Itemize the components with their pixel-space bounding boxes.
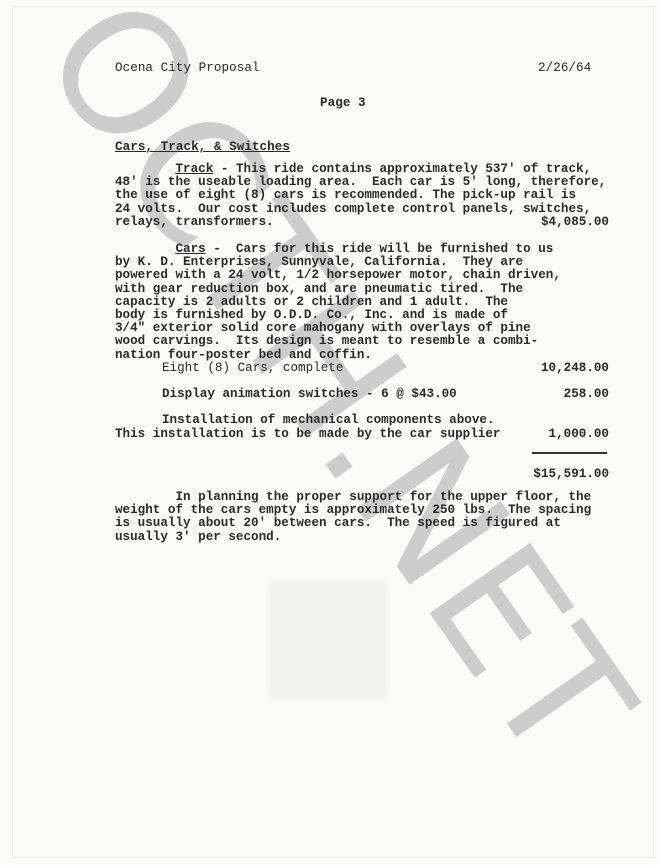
document-page: OCTH.NET Ocena City Proposal 2/26/64 Pag… [0, 0, 659, 865]
page-number: Page 3 [320, 97, 366, 110]
line-item-switches-amount: 258.00 [449, 388, 609, 401]
line-item-cars-label: Eight (8) Cars, complete [162, 362, 343, 375]
support-note-paragraph: In planning the proper support for the u… [115, 491, 591, 544]
cars-heading: Cars [175, 242, 205, 256]
section-title: Cars, Track, & Switches [115, 141, 290, 154]
line-item-switches-label: Display animation switches - 6 @ $43.00 [162, 388, 457, 401]
document-title: Ocena City Proposal [115, 62, 260, 75]
line-item-installation-amount: 1,000.00 [449, 428, 609, 441]
track-amount: $4,085.00 [449, 216, 609, 229]
document-date: 2/26/64 [538, 62, 591, 75]
total-amount: $15,591.00 [449, 468, 609, 481]
line-item-installation-label-2: This installation is to be made by the c… [115, 428, 500, 441]
line-item-cars-amount: 10,248.00 [449, 362, 609, 375]
line-item-installation-label-1: Installation of mechanical components ab… [162, 414, 495, 427]
typewritten-content: Ocena City Proposal 2/26/64 Page 3 Cars,… [0, 0, 659, 865]
track-heading: Track [175, 162, 213, 176]
cars-paragraph: Cars - Cars for this ride will be furnis… [115, 243, 561, 362]
total-divider [532, 452, 607, 454]
